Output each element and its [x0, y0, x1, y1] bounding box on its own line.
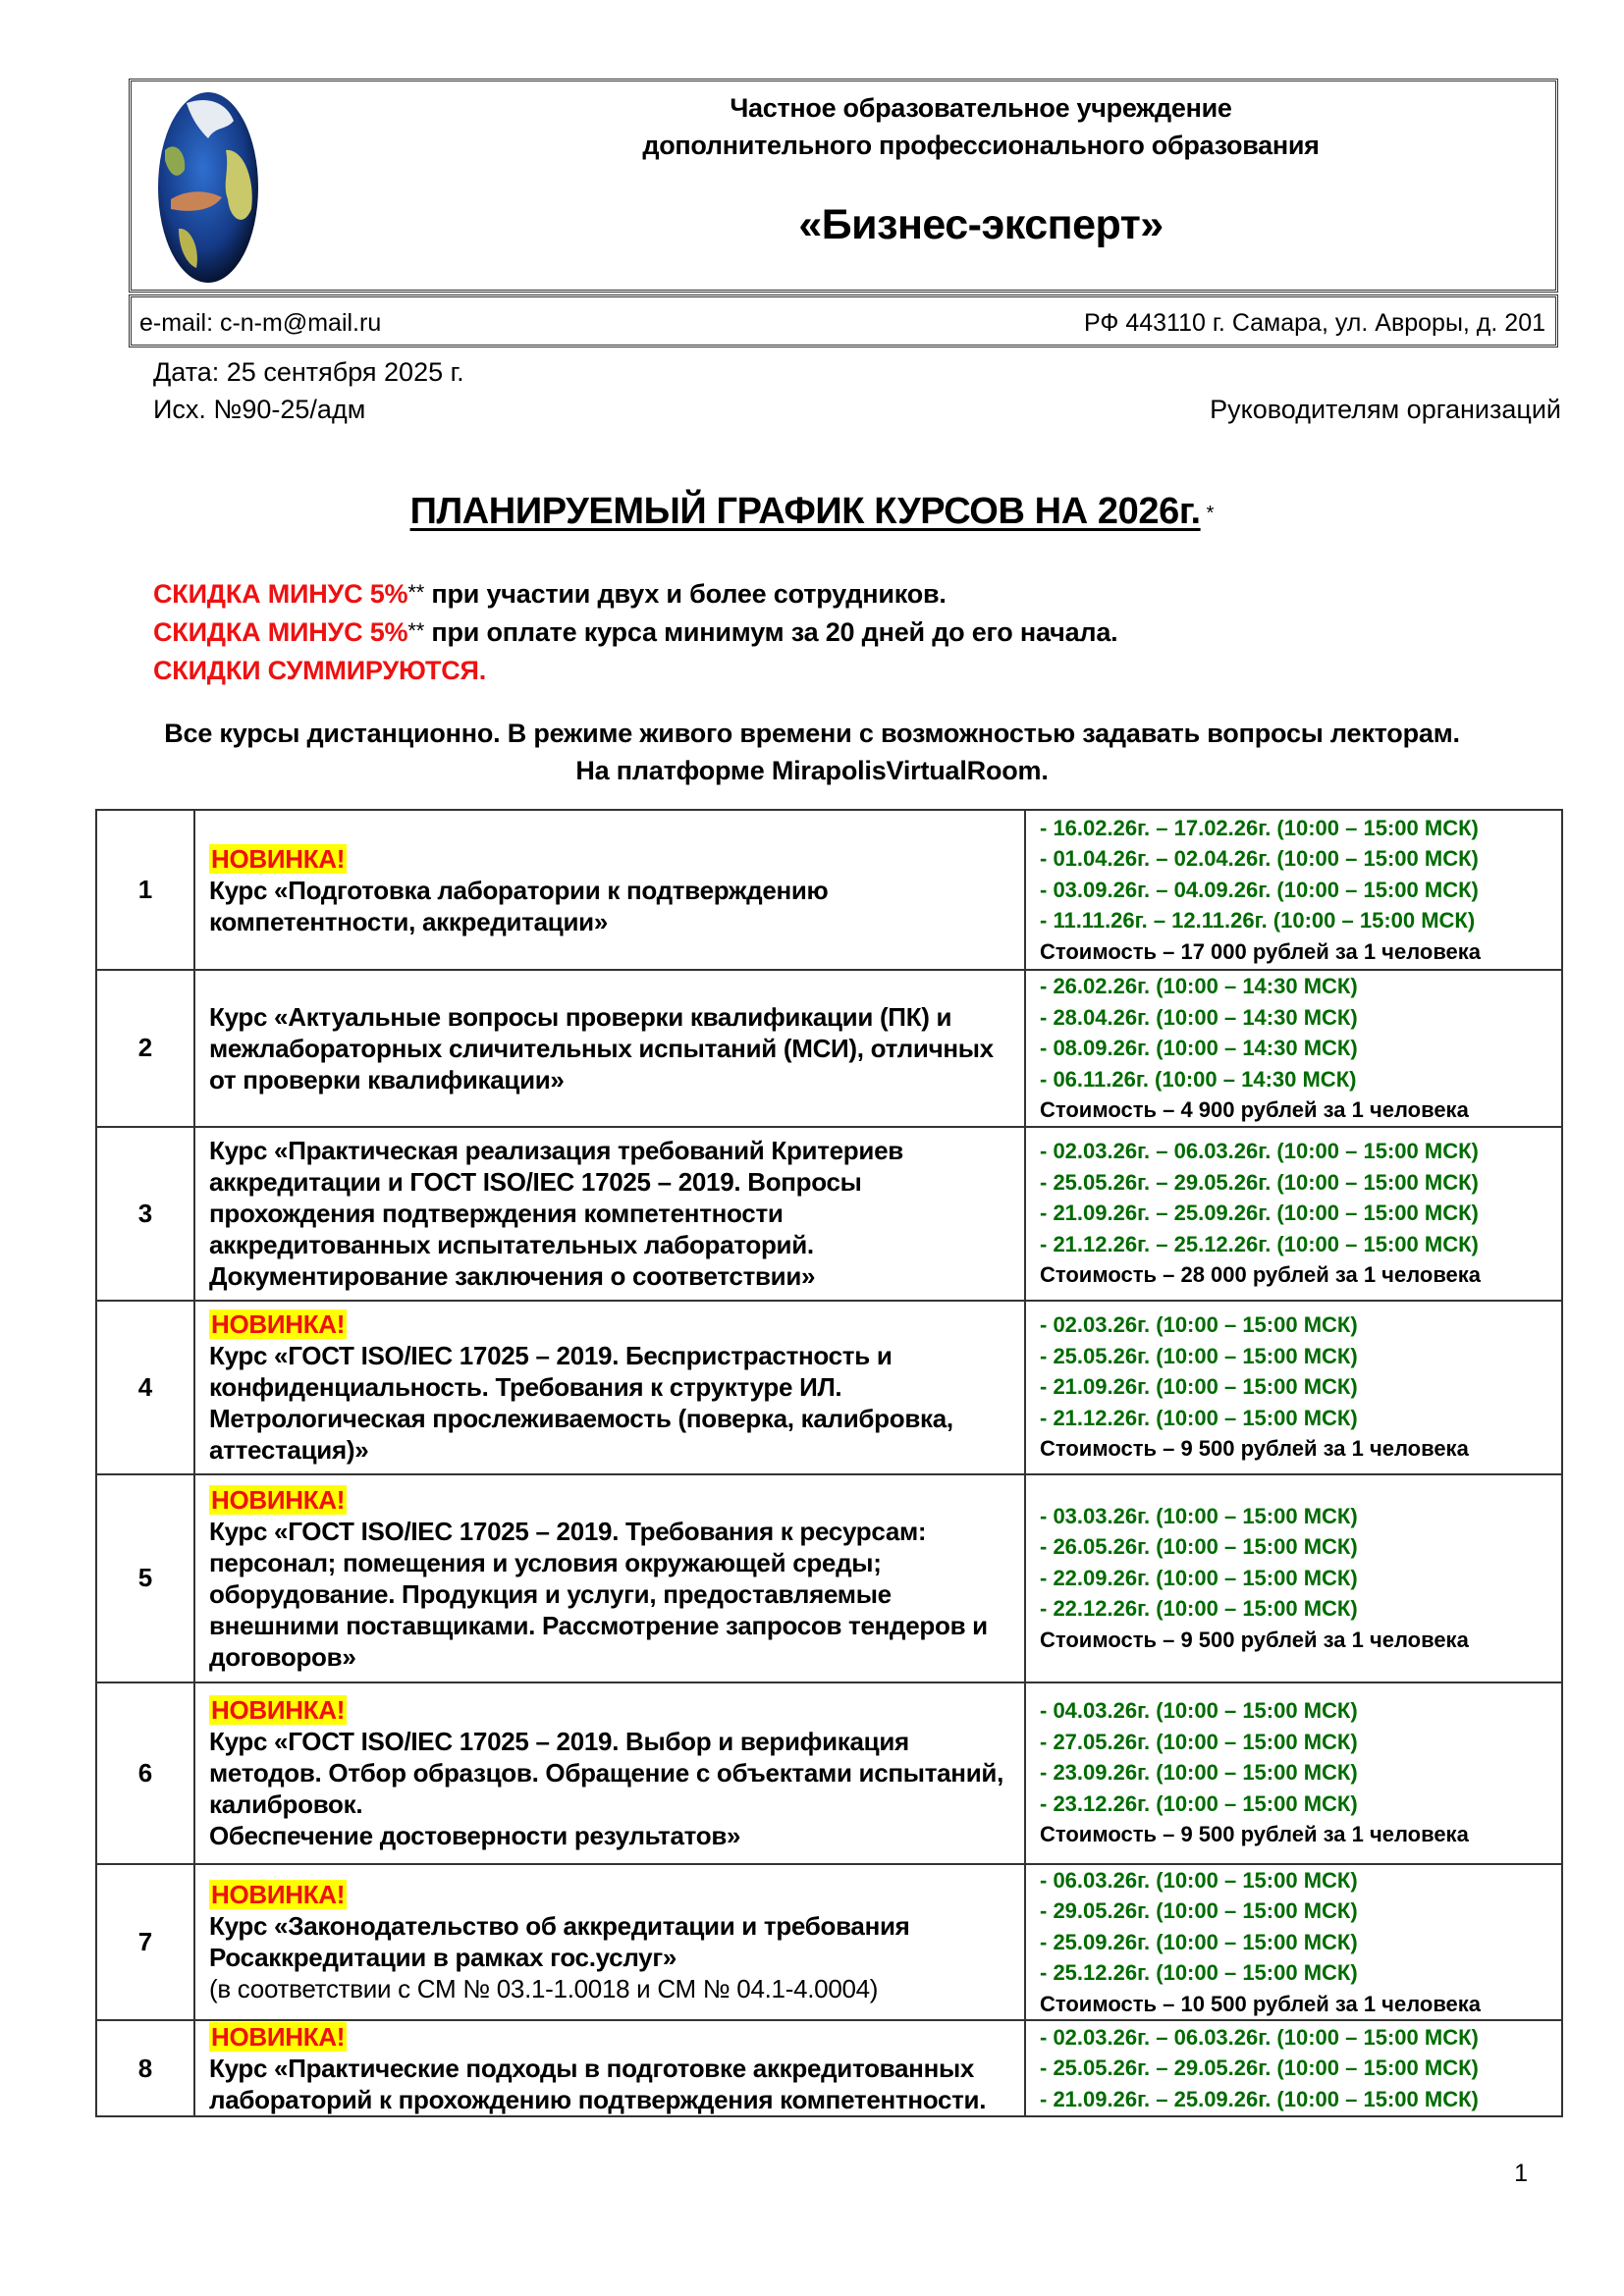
letterhead-banner: Частное образовательное учреждение допол…	[129, 79, 1558, 293]
session-date: - 08.09.26г. (10:00 – 14:30 МСК)	[1040, 1033, 1547, 1064]
addressee: Руководителям организаций	[1210, 395, 1561, 425]
session-date: - 28.04.26г. (10:00 – 14:30 МСК)	[1040, 1002, 1547, 1034]
session-date: - 27.05.26г. (10:00 – 15:00 МСК)	[1040, 1727, 1547, 1758]
org-name: «Бизнес-эксперт»	[426, 201, 1536, 249]
course-title-cell: НОВИНКА!Курс «ГОСТ ISO/IEC 17025 – 2019.…	[194, 1474, 1025, 1682]
letterhead-contacts: e-mail: c-n-m@mail.ru РФ 443110 г. Самар…	[129, 294, 1558, 347]
new-course-badge: НОВИНКА!	[209, 1880, 347, 1909]
course-row: 2Курс «Актуальные вопросы проверки квали…	[96, 970, 1562, 1127]
session-date: - 25.05.26г. – 29.05.26г. (10:00 – 15:00…	[1040, 1167, 1547, 1199]
session-date: - 25.12.26г. (10:00 – 15:00 МСК)	[1040, 1957, 1547, 1989]
new-course-badge: НОВИНКА!	[209, 2022, 347, 2052]
course-price: Стоимость – 9 500 рублей за 1 человека	[1040, 1433, 1547, 1465]
session-date: - 21.09.26г. (10:00 – 15:00 МСК)	[1040, 1371, 1547, 1403]
session-date: - 01.04.26г. – 02.04.26г. (10:00 – 15:00…	[1040, 843, 1547, 875]
course-title: Курс «ГОСТ ISO/IEC 17025 – 2019. Требова…	[209, 1516, 1010, 1673]
course-schedule-table: 1НОВИНКА!Курс «Подготовка лаборатории к …	[95, 809, 1563, 2117]
course-title-cell: НОВИНКА!Курс «ГОСТ ISO/IEC 17025 – 2019.…	[194, 1301, 1025, 1474]
document-title: ПЛАНИРУЕМЫЙ ГРАФИК КУРСОВ НА 2026г.*	[0, 491, 1624, 533]
course-row: 6НОВИНКА!Курс «ГОСТ ISO/IEC 17025 – 2019…	[96, 1682, 1562, 1864]
course-number: 6	[96, 1682, 194, 1864]
course-schedule-cell: - 16.02.26г. – 17.02.26г. (10:00 – 15:00…	[1025, 810, 1562, 970]
session-date: - 26.02.26г. (10:00 – 14:30 МСК)	[1040, 971, 1547, 1002]
course-number: 1	[96, 810, 194, 970]
course-row: 8НОВИНКА!Курс «Практические подходы в по…	[96, 2020, 1562, 2116]
discount-line: СКИДКА МИНУС 5%** при участии двух и бол…	[153, 579, 947, 610]
session-date: - 25.05.26г. (10:00 – 15:00 МСК)	[1040, 1341, 1547, 1372]
course-number: 5	[96, 1474, 194, 1682]
discount-footnote-mark: **	[407, 580, 424, 605]
course-number: 7	[96, 1864, 194, 2021]
discount-line: СКИДКА МИНУС 5%** при оплате курса миним…	[153, 617, 1117, 648]
course-schedule-cell: - 02.03.26г. (10:00 – 15:00 МСК)- 25.05.…	[1025, 1301, 1562, 1474]
course-number: 8	[96, 2020, 194, 2116]
discount-line: СКИДКИ СУММИРУЮТСЯ.	[153, 656, 486, 686]
course-schedule-cell: - 04.03.26г. (10:00 – 15:00 МСК)- 27.05.…	[1025, 1682, 1562, 1864]
discount-highlight: СКИДКИ СУММИРУЮТСЯ.	[153, 656, 486, 685]
course-title: Курс «Практическая реализация требований…	[209, 1135, 1010, 1292]
course-price: Стоимость – 9 500 рублей за 1 человека	[1040, 1819, 1547, 1850]
course-title: Курс «Актуальные вопросы проверки квалиф…	[209, 1001, 1010, 1095]
letterhead: Частное образовательное учреждение допол…	[129, 79, 1564, 349]
course-note: (в соответствии с СМ № 03.1-1.0018 и СМ …	[209, 1973, 1010, 2004]
course-title-cell: НОВИНКА!Курс «Законодательство об аккред…	[194, 1864, 1025, 2021]
course-schedule-cell: - 03.03.26г. (10:00 – 15:00 МСК)- 26.05.…	[1025, 1474, 1562, 1682]
course-number: 3	[96, 1127, 194, 1301]
discount-condition: при оплате курса минимум за 20 дней до е…	[424, 617, 1117, 647]
session-date: - 02.03.26г. – 06.03.26г. (10:00 – 15:00…	[1040, 1136, 1547, 1167]
new-course-badge: НОВИНКА!	[209, 1309, 347, 1339]
outgoing-reference: Исх. №90-25/адм	[153, 395, 365, 425]
course-schedule-cell: - 02.03.26г. – 06.03.26г. (10:00 – 15:00…	[1025, 2020, 1562, 2116]
session-date: - 16.02.26г. – 17.02.26г. (10:00 – 15:00…	[1040, 813, 1547, 844]
format-notice-line-2: На платформе MirapolisVirtualRoom.	[0, 756, 1624, 786]
discount-highlight: СКИДКА МИНУС 5%	[153, 617, 407, 647]
course-title-cell: НОВИНКА!Курс «ГОСТ ISO/IEC 17025 – 2019.…	[194, 1682, 1025, 1864]
session-date: - 21.12.26г. – 25.12.26г. (10:00 – 15:00…	[1040, 1229, 1547, 1260]
course-price: Стоимость – 17 000 рублей за 1 человека	[1040, 936, 1547, 968]
course-price: Стоимость – 9 500 рублей за 1 человека	[1040, 1625, 1547, 1656]
discount-footnote-mark: **	[407, 618, 424, 643]
session-date: - 21.09.26г. – 25.09.26г. (10:00 – 15:00…	[1040, 1198, 1547, 1229]
session-date: - 06.11.26г. (10:00 – 14:30 МСК)	[1040, 1064, 1547, 1095]
session-date: - 02.03.26г. (10:00 – 15:00 МСК)	[1040, 1309, 1547, 1341]
course-row: 4НОВИНКА!Курс «ГОСТ ISO/IEC 17025 – 2019…	[96, 1301, 1562, 1474]
session-date: - 11.11.26г. – 12.11.26г. (10:00 – 15:00…	[1040, 905, 1547, 936]
session-date: - 03.09.26г. – 04.09.26г. (10:00 – 15:00…	[1040, 875, 1547, 906]
course-title-cell: НОВИНКА!Курс «Практические подходы в под…	[194, 2020, 1025, 2116]
new-course-badge: НОВИНКА!	[209, 1485, 347, 1515]
course-schedule-cell: - 06.03.26г. (10:00 – 15:00 МСК)- 29.05.…	[1025, 1864, 1562, 2021]
format-notice-line-1: Все курсы дистанционно. В режиме живого …	[0, 719, 1624, 749]
session-date: - 22.12.26г. (10:00 – 15:00 МСК)	[1040, 1593, 1547, 1625]
session-date: - 25.09.26г. (10:00 – 15:00 МСК)	[1040, 1927, 1547, 1958]
session-date: - 23.12.26г. (10:00 – 15:00 МСК)	[1040, 1789, 1547, 1820]
course-price: Стоимость – 4 900 рублей за 1 человека	[1040, 1095, 1547, 1126]
session-date: - 04.03.26г. (10:00 – 15:00 МСК)	[1040, 1695, 1547, 1727]
session-date: - 21.09.26г. – 25.09.26г. (10:00 – 15:00…	[1040, 2084, 1547, 2115]
course-title: Курс «Подготовка лаборатории к подтвержд…	[209, 875, 1010, 937]
discount-condition: при участии двух и более сотрудников.	[424, 579, 947, 609]
session-date: - 03.03.26г. (10:00 – 15:00 МСК)	[1040, 1501, 1547, 1532]
session-date: - 06.03.26г. (10:00 – 15:00 МСК)	[1040, 1865, 1547, 1896]
document-title-text: ПЛАНИРУЕМЫЙ ГРАФИК КУРСОВ НА 2026г.	[410, 491, 1201, 532]
org-type-line-1: Частное образовательное учреждение	[426, 93, 1536, 124]
course-title-cell: Курс «Практическая реализация требований…	[194, 1127, 1025, 1301]
session-date: - 26.05.26г. (10:00 – 15:00 МСК)	[1040, 1531, 1547, 1563]
contact-address: РФ 443110 г. Самара, ул. Авроры, д. 201	[1084, 309, 1545, 338]
course-price: Стоимость – 28 000 рублей за 1 человека	[1040, 1259, 1547, 1291]
discount-highlight: СКИДКА МИНУС 5%	[153, 579, 407, 609]
page-number: 1	[1514, 2160, 1528, 2188]
session-date: - 23.09.26г. (10:00 – 15:00 МСК)	[1040, 1757, 1547, 1789]
course-title-cell: Курс «Актуальные вопросы проверки квалиф…	[194, 970, 1025, 1127]
session-date: - 02.03.26г. – 06.03.26г. (10:00 – 15:00…	[1040, 2022, 1547, 2054]
course-title: Курс «Практические подходы в подготовке …	[209, 2053, 1010, 2115]
org-type-line-2: дополнительного профессионального образо…	[426, 131, 1536, 161]
course-price: Стоимость – 10 500 рублей за 1 человека	[1040, 1989, 1547, 2020]
session-date: - 25.05.26г. – 29.05.26г. (10:00 – 15:00…	[1040, 2053, 1547, 2084]
course-row: 1НОВИНКА!Курс «Подготовка лаборатории к …	[96, 810, 1562, 970]
new-course-badge: НОВИНКА!	[209, 844, 347, 874]
course-row: 3Курс «Практическая реализация требовани…	[96, 1127, 1562, 1301]
course-number: 2	[96, 970, 194, 1127]
course-number: 4	[96, 1301, 194, 1474]
session-date: - 21.12.26г. (10:00 – 15:00 МСК)	[1040, 1403, 1547, 1434]
session-date: - 22.09.26г. (10:00 – 15:00 МСК)	[1040, 1563, 1547, 1594]
course-title: Курс «Законодательство об аккредитации и…	[209, 1910, 1010, 1973]
globe-handshake-icon	[157, 91, 259, 284]
course-title-cell: НОВИНКА!Курс «Подготовка лаборатории к п…	[194, 810, 1025, 970]
session-date: - 29.05.26г. (10:00 – 15:00 МСК)	[1040, 1896, 1547, 1927]
course-schedule-cell: - 26.02.26г. (10:00 – 14:30 МСК)- 28.04.…	[1025, 970, 1562, 1127]
document-date: Дата: 25 сентября 2025 г.	[153, 357, 464, 388]
course-title: Курс «ГОСТ ISO/IEC 17025 – 2019. Бесприс…	[209, 1340, 1010, 1466]
course-row: 5НОВИНКА!Курс «ГОСТ ISO/IEC 17025 – 2019…	[96, 1474, 1562, 1682]
contact-email[interactable]: e-mail: c-n-m@mail.ru	[139, 309, 381, 338]
course-row: 7НОВИНКА!Курс «Законодательство об аккре…	[96, 1864, 1562, 2021]
new-course-badge: НОВИНКА!	[209, 1695, 347, 1725]
course-schedule-cell: - 02.03.26г. – 06.03.26г. (10:00 – 15:00…	[1025, 1127, 1562, 1301]
course-title: Курс «ГОСТ ISO/IEC 17025 – 2019. Выбор и…	[209, 1726, 1010, 1851]
title-footnote-mark: *	[1207, 503, 1215, 524]
